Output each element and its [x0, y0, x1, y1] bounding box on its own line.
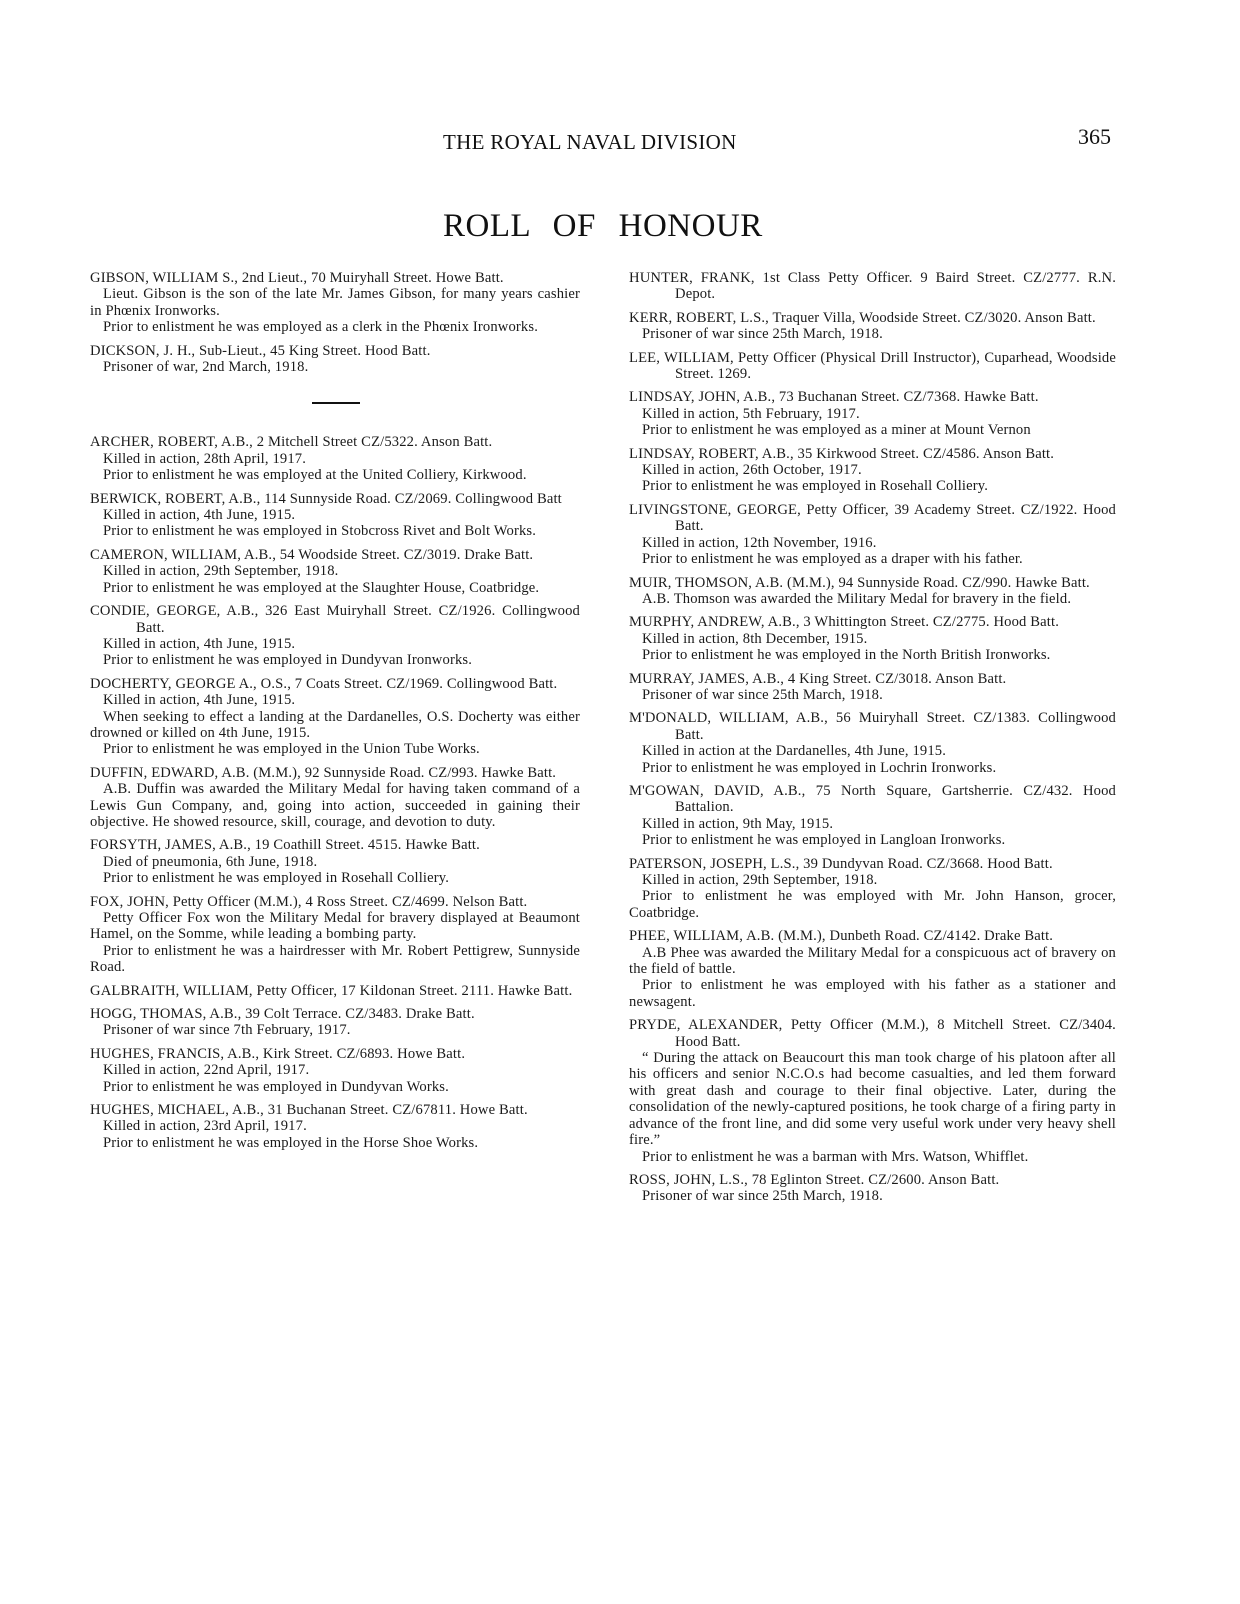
entry-heading: CONDIE, GEORGE, A.B., 326 East Muiryhall…: [90, 603, 580, 636]
roll-entry: DICKSON, J. H., Sub-Lieut., 45 King Stre…: [90, 343, 580, 376]
entry-heading: MURPHY, ANDREW, A.B., 3 Whittington Stre…: [629, 614, 1116, 630]
entry-paragraph: Killed in action at the Dardanelles, 4th…: [629, 743, 1116, 759]
entry-heading: LINDSAY, ROBERT, A.B., 35 Kirkwood Stree…: [629, 446, 1116, 462]
men-list-left: ARCHER, ROBERT, A.B., 2 Mitchell Street …: [90, 434, 580, 1151]
entry-paragraph: A.B. Thomson was awarded the Military Me…: [629, 591, 1116, 607]
entry-paragraph: Killed in action, 9th May, 1915.: [629, 816, 1116, 832]
roll-entry: HUGHES, MICHAEL, A.B., 31 Buchanan Stree…: [90, 1102, 580, 1151]
entry-paragraph: Prior to enlistment he was employed in L…: [629, 760, 1116, 776]
entry-paragraph: Killed in action, 29th September, 1918.: [90, 563, 580, 579]
entry-heading: M'GOWAN, DAVID, A.B., 75 North Square, G…: [629, 783, 1116, 816]
right-column: HUNTER, FRANK, 1st Class Petty Officer. …: [629, 270, 1116, 1212]
entry-paragraph: A.B Phee was awarded the Military Medal …: [629, 945, 1116, 978]
entry-heading: DICKSON, J. H., Sub-Lieut., 45 King Stre…: [90, 343, 580, 359]
entry-paragraph: When seeking to effect a landing at the …: [90, 709, 580, 742]
roll-entry: LIVINGSTONE, GEORGE, Petty Officer, 39 A…: [629, 502, 1116, 568]
entry-heading: MURRAY, JAMES, A.B., 4 King Street. CZ/3…: [629, 671, 1116, 687]
entry-paragraph: Prior to enlistment he was employed as a…: [629, 551, 1116, 567]
running-head: THE ROYAL NAVAL DIVISION: [443, 130, 737, 155]
entry-paragraph: Prior to enlistment he was employed in t…: [629, 647, 1116, 663]
entry-paragraph: Prior to enlistment he was a hairdresser…: [90, 943, 580, 976]
entry-paragraph: Prior to enlistment he was employed as a…: [629, 422, 1116, 438]
entry-paragraph: Prior to enlistment he was employed in t…: [90, 1135, 580, 1151]
roll-entry: MURPHY, ANDREW, A.B., 3 Whittington Stre…: [629, 614, 1116, 663]
entry-paragraph: Prior to enlistment he was employed as a…: [90, 319, 580, 335]
entry-heading: PHEE, WILLIAM, A.B. (M.M.), Dunbeth Road…: [629, 928, 1116, 944]
officers-list: GIBSON, WILLIAM S., 2nd Lieut., 70 Muiry…: [90, 270, 580, 375]
entry-heading: FOX, JOHN, Petty Officer (M.M.), 4 Ross …: [90, 894, 580, 910]
divider-rule: [312, 402, 360, 404]
roll-entry: FOX, JOHN, Petty Officer (M.M.), 4 Ross …: [90, 894, 580, 976]
entry-heading: M'DONALD, WILLIAM, A.B., 56 Muiryhall St…: [629, 710, 1116, 743]
roll-entry: GALBRAITH, WILLIAM, Petty Officer, 17 Ki…: [90, 983, 580, 999]
left-column: GIBSON, WILLIAM S., 2nd Lieut., 70 Muiry…: [90, 270, 580, 1158]
entry-heading: PATERSON, JOSEPH, L.S., 39 Dundyvan Road…: [629, 856, 1116, 872]
entry-paragraph: Died of pneumonia, 6th June, 1918.: [90, 854, 580, 870]
entry-heading: KERR, ROBERT, L.S., Traquer Villa, Woods…: [629, 310, 1116, 326]
entry-paragraph: “ During the attack on Beaucourt this ma…: [629, 1050, 1116, 1148]
page-title: ROLL OF HONOUR: [443, 208, 763, 245]
roll-entry: HUNTER, FRANK, 1st Class Petty Officer. …: [629, 270, 1116, 303]
entry-heading: DUFFIN, EDWARD, A.B. (M.M.), 92 Sunnysid…: [90, 765, 580, 781]
entry-paragraph: Killed in action, 5th February, 1917.: [629, 406, 1116, 422]
roll-entry: PHEE, WILLIAM, A.B. (M.M.), Dunbeth Road…: [629, 928, 1116, 1010]
entry-paragraph: Prior to enlistment he was employed at t…: [90, 467, 580, 483]
entry-paragraph: Killed in action, 26th October, 1917.: [629, 462, 1116, 478]
roll-entry: DUFFIN, EDWARD, A.B. (M.M.), 92 Sunnysid…: [90, 765, 580, 831]
roll-entry: M'DONALD, WILLIAM, A.B., 56 Muiryhall St…: [629, 710, 1116, 776]
roll-entry: BERWICK, ROBERT, A.B., 114 Sunnyside Roa…: [90, 491, 580, 540]
entry-paragraph: Prisoner of war, 2nd March, 1918.: [90, 359, 580, 375]
roll-entry: LINDSAY, ROBERT, A.B., 35 Kirkwood Stree…: [629, 446, 1116, 495]
entry-paragraph: Prior to enlistment he was employed at t…: [90, 580, 580, 596]
entry-paragraph: Killed in action, 23rd April, 1917.: [90, 1118, 580, 1134]
roll-entry: DOCHERTY, GEORGE A., O.S., 7 Coats Stree…: [90, 676, 580, 758]
entry-paragraph: A.B. Duffin was awarded the Military Med…: [90, 781, 580, 830]
entry-paragraph: Prisoner of war since 25th March, 1918.: [629, 1188, 1116, 1204]
entry-paragraph: Prior to enlistment he was a barman with…: [629, 1149, 1116, 1165]
entry-paragraph: Killed in action, 12th November, 1916.: [629, 535, 1116, 551]
entry-paragraph: Prisoner of war since 25th March, 1918.: [629, 326, 1116, 342]
entry-paragraph: Killed in action, 8th December, 1915.: [629, 631, 1116, 647]
entry-heading: DOCHERTY, GEORGE A., O.S., 7 Coats Stree…: [90, 676, 580, 692]
entry-heading: HOGG, THOMAS, A.B., 39 Colt Terrace. CZ/…: [90, 1006, 580, 1022]
roll-entry: ROSS, JOHN, L.S., 78 Eglinton Street. CZ…: [629, 1172, 1116, 1205]
entry-heading: GALBRAITH, WILLIAM, Petty Officer, 17 Ki…: [90, 983, 580, 999]
entry-paragraph: Prior to enlistment he was employed in D…: [90, 652, 580, 668]
entry-paragraph: Prisoner of war since 7th February, 1917…: [90, 1022, 580, 1038]
entry-heading: HUGHES, MICHAEL, A.B., 31 Buchanan Stree…: [90, 1102, 580, 1118]
entry-paragraph: Killed in action, 22nd April, 1917.: [90, 1062, 580, 1078]
entry-heading: HUGHES, FRANCIS, A.B., Kirk Street. CZ/6…: [90, 1046, 580, 1062]
entry-paragraph: Prior to enlistment he was employed in t…: [90, 741, 580, 757]
entry-paragraph: Killed in action, 29th September, 1918.: [629, 872, 1116, 888]
roll-entry: MUIR, THOMSON, A.B. (M.M.), 94 Sunnyside…: [629, 575, 1116, 608]
roll-entry: GIBSON, WILLIAM S., 2nd Lieut., 70 Muiry…: [90, 270, 580, 336]
roll-entry: MURRAY, JAMES, A.B., 4 King Street. CZ/3…: [629, 671, 1116, 704]
entry-paragraph: Prior to enlistment he was employed with…: [629, 977, 1116, 1010]
entry-paragraph: Prior to enlistment he was employed with…: [629, 888, 1116, 921]
entry-heading: CAMERON, WILLIAM, A.B., 54 Woodside Stre…: [90, 547, 580, 563]
entry-heading: ARCHER, ROBERT, A.B., 2 Mitchell Street …: [90, 434, 580, 450]
entry-paragraph: Killed in action, 4th June, 1915.: [90, 692, 580, 708]
entry-heading: MUIR, THOMSON, A.B. (M.M.), 94 Sunnyside…: [629, 575, 1116, 591]
roll-entry: LEE, WILLIAM, Petty Officer (Physical Dr…: [629, 350, 1116, 383]
entry-heading: GIBSON, WILLIAM S., 2nd Lieut., 70 Muiry…: [90, 270, 580, 286]
roll-entry: CONDIE, GEORGE, A.B., 326 East Muiryhall…: [90, 603, 580, 669]
roll-entry: CAMERON, WILLIAM, A.B., 54 Woodside Stre…: [90, 547, 580, 596]
page-number: 365: [1078, 124, 1111, 150]
entry-paragraph: Killed in action, 4th June, 1915.: [90, 507, 580, 523]
entry-paragraph: Lieut. Gibson is the son of the late Mr.…: [90, 286, 580, 319]
entry-heading: LINDSAY, JOHN, A.B., 73 Buchanan Street.…: [629, 389, 1116, 405]
entry-heading: HUNTER, FRANK, 1st Class Petty Officer. …: [629, 270, 1116, 303]
roll-entry: HUGHES, FRANCIS, A.B., Kirk Street. CZ/6…: [90, 1046, 580, 1095]
entry-paragraph: Prior to enlistment he was employed in R…: [90, 870, 580, 886]
entry-paragraph: Petty Officer Fox won the Military Medal…: [90, 910, 580, 943]
entry-heading: PRYDE, ALEXANDER, Petty Officer (M.M.), …: [629, 1017, 1116, 1050]
roll-entry: FORSYTH, JAMES, A.B., 19 Coathill Street…: [90, 837, 580, 886]
roll-entry: M'GOWAN, DAVID, A.B., 75 North Square, G…: [629, 783, 1116, 849]
entry-heading: FORSYTH, JAMES, A.B., 19 Coathill Street…: [90, 837, 580, 853]
section-divider: [90, 382, 580, 434]
roll-entry: PATERSON, JOSEPH, L.S., 39 Dundyvan Road…: [629, 856, 1116, 922]
entry-heading: LIVINGSTONE, GEORGE, Petty Officer, 39 A…: [629, 502, 1116, 535]
entry-paragraph: Prior to enlistment he was employed in L…: [629, 832, 1116, 848]
men-list-right: HUNTER, FRANK, 1st Class Petty Officer. …: [629, 270, 1116, 1205]
entry-paragraph: Prior to enlistment he was employed in S…: [90, 523, 580, 539]
roll-entry: PRYDE, ALEXANDER, Petty Officer (M.M.), …: [629, 1017, 1116, 1165]
roll-entry: HOGG, THOMAS, A.B., 39 Colt Terrace. CZ/…: [90, 1006, 580, 1039]
entry-paragraph: Killed in action, 28th April, 1917.: [90, 451, 580, 467]
roll-entry: KERR, ROBERT, L.S., Traquer Villa, Woods…: [629, 310, 1116, 343]
roll-entry: LINDSAY, JOHN, A.B., 73 Buchanan Street.…: [629, 389, 1116, 438]
roll-entry: ARCHER, ROBERT, A.B., 2 Mitchell Street …: [90, 434, 580, 483]
entry-paragraph: Prior to enlistment he was employed in R…: [629, 478, 1116, 494]
entry-heading: BERWICK, ROBERT, A.B., 114 Sunnyside Roa…: [90, 491, 580, 507]
entry-heading: ROSS, JOHN, L.S., 78 Eglinton Street. CZ…: [629, 1172, 1116, 1188]
entry-paragraph: Killed in action, 4th June, 1915.: [90, 636, 580, 652]
entry-paragraph: Prisoner of war since 25th March, 1918.: [629, 687, 1116, 703]
entry-paragraph: Prior to enlistment he was employed in D…: [90, 1079, 580, 1095]
entry-heading: LEE, WILLIAM, Petty Officer (Physical Dr…: [629, 350, 1116, 383]
